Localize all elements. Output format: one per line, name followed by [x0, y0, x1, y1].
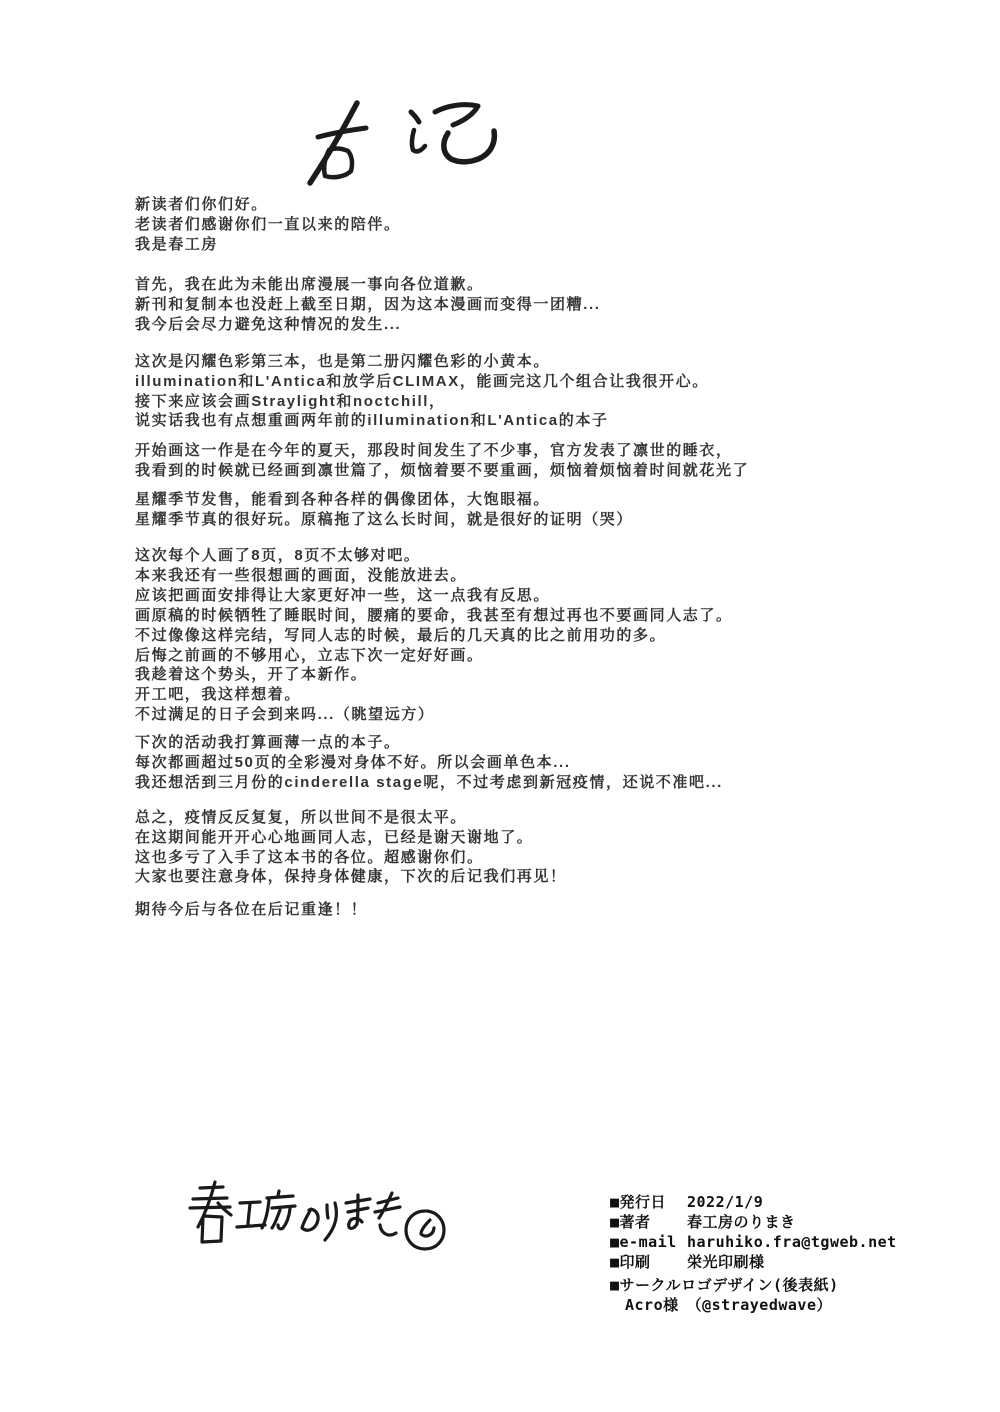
afterword-page: 后记 新读者们你们好。 老读者们感谢你们一直以来的陪伴。 我是春工房 首先，我在… [0, 0, 1000, 1412]
colophon: ■発行日 2022/1/9 ■著者 春工房のりまき ■e-mail haruhi… [610, 1192, 897, 1315]
colophon-row-printer: ■印刷 栄光印刷様 [610, 1252, 897, 1272]
paragraph-farewell: 期待今后与各位在后记重逢！！ [135, 900, 995, 920]
glyph-no [302, 1209, 318, 1230]
printer-value: 栄光印刷様 [687, 1252, 765, 1272]
glyph-ri [325, 1203, 336, 1240]
glyph-kou [237, 1202, 265, 1227]
author-label: ■著者 [610, 1212, 687, 1232]
glyph-ma [346, 1195, 370, 1228]
paragraph-game-release: 星耀季节发售，能看到各种各样的偶像团体，大饱眼福。 星耀季节真的很好玩。原稿拖了… [135, 490, 995, 530]
logo-credit-line: Acro様 （@strayedwave） [610, 1295, 897, 1315]
colophon-row-author: ■著者 春工房のりまき [610, 1212, 897, 1232]
glyph-hou [310, 103, 366, 183]
paragraph-next-event: 下次的活动我打算画薄一点的本子。 每次都画超过50页的全彩漫对身体不好。所以会画… [135, 733, 995, 792]
logo-design-line: ■サークルロゴデザイン(後表紙) [610, 1275, 897, 1295]
publish-date-value: 2022/1/9 [687, 1192, 763, 1212]
glyph-bou [262, 1191, 295, 1229]
paragraph-book-series: 这次是闪耀色彩第三本，也是第二册闪耀色彩的小黄本。 illumination和L… [135, 352, 995, 431]
printer-label: ■印刷 [610, 1252, 687, 1272]
afterword-calligraphy-icon [293, 90, 508, 188]
email-label: ■e-mail [610, 1232, 687, 1252]
colophon-row-email: ■e-mail haruhiko.fra@tgweb.net [610, 1232, 897, 1252]
glyph-haru [190, 1182, 231, 1242]
circle-mark [406, 1211, 444, 1249]
glyph-ji [411, 105, 494, 162]
artist-signature: 春工房のりまき [183, 1170, 455, 1258]
paragraph-hard-work: 画原稿的时候牺牲了睡眠时间，腰痛的要命，我甚至有想过再也不要画同人志了。 不过像… [135, 606, 995, 725]
colophon-row-publish-date: ■発行日 2022/1/9 [610, 1192, 897, 1212]
signature-calligraphy-icon [183, 1170, 455, 1258]
author-value: 春工房のりまき [687, 1212, 796, 1232]
glyph-ki [375, 1193, 400, 1235]
paragraph-thanks: 总之，疫情反反复复，所以世间不是很太平。 在这期间能开开心心地画同人志，已经是谢… [135, 808, 995, 887]
paragraph-greeting: 新读者们你们好。 老读者们感谢你们一直以来的陪伴。 我是春工房 [135, 195, 995, 254]
paragraph-drawing-start: 开始画这一作是在今年的夏天，那段时间发生了不少事，官方发表了凛世的睡衣， 我看到… [135, 441, 995, 481]
page-title: 后记 [293, 90, 508, 188]
paragraph-apology: 首先，我在此为未能出席漫展一事向各位道歉。 新刊和复制本也没赶上截至日期，因为这… [135, 275, 995, 334]
paragraph-page-count: 这次每个人画了8页，8页不太够对吧。 本来我还有一些很想画的画面，没能放进去。 … [135, 546, 995, 605]
publish-date-label: ■発行日 [610, 1192, 687, 1212]
email-value: haruhiko.fra@tgweb.net [687, 1232, 897, 1252]
